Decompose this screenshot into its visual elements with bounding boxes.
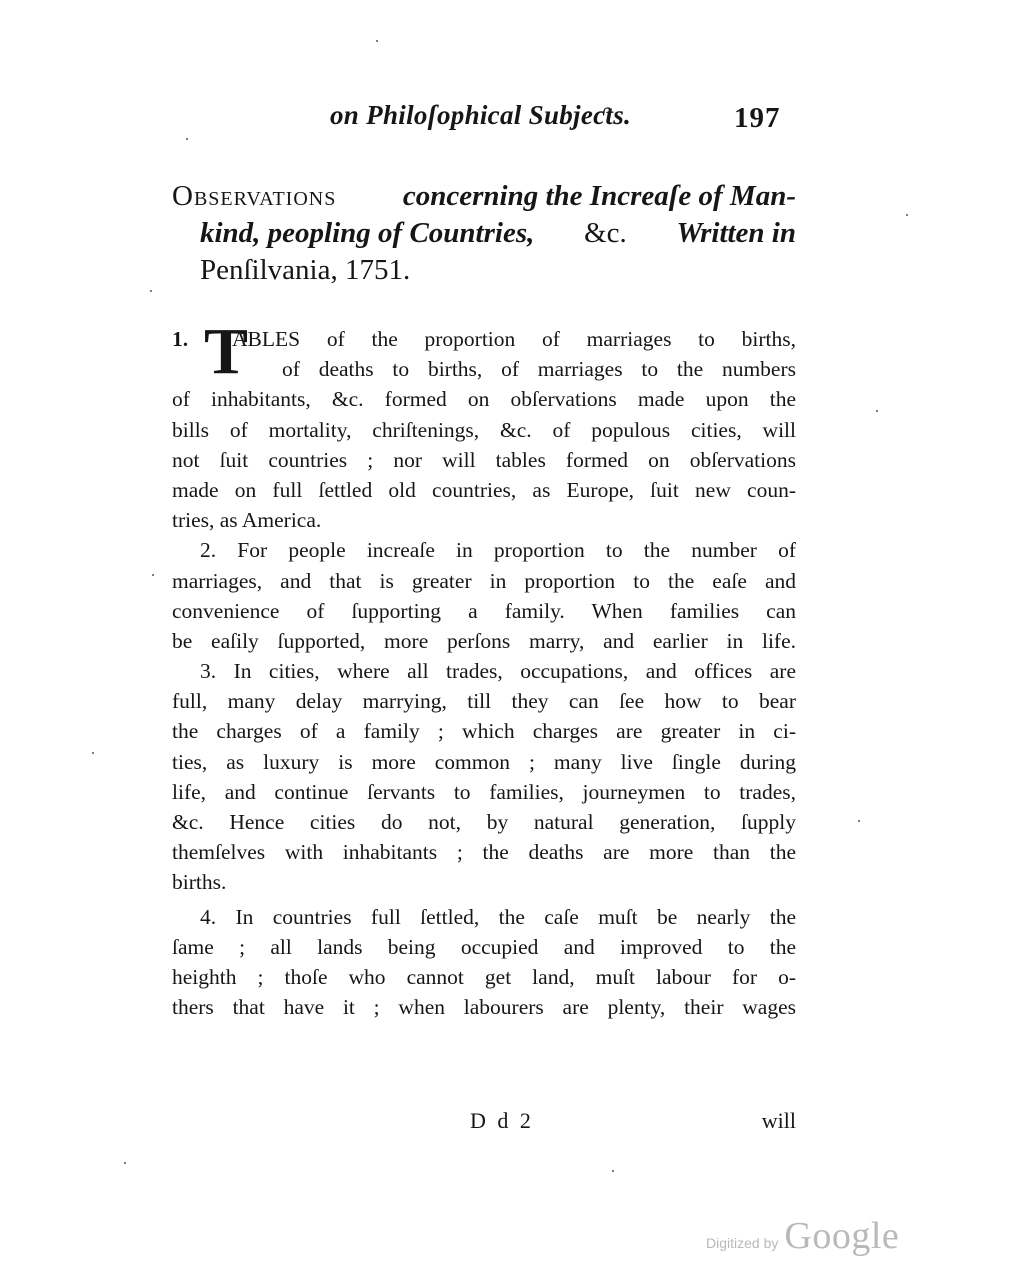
text-line: of inhabitants, &c. formed on obſervatio… — [172, 384, 796, 414]
title-italic-2a: kind, peopling of Countries, — [200, 215, 534, 252]
scan-speck — [876, 410, 878, 412]
text-line: 4. In countries full ſettled, the caſe m… — [172, 902, 796, 932]
text-line: marriages, and that is greater in propor… — [172, 566, 796, 596]
running-head: on Philoſophical Subjeƈts. 197 — [0, 100, 1014, 140]
paragraph-4: 4. In countries full ſettled, the caſe m… — [172, 902, 796, 1023]
book-page: on Philoſophical Subjeƈts. 197 Observati… — [0, 0, 1014, 1282]
scan-speck — [150, 290, 152, 292]
scan-speck — [152, 574, 154, 576]
title-italic-1: concerning the Increaſe of Man- — [403, 178, 796, 215]
text-line: life, and continue ſervants to families,… — [172, 777, 796, 807]
text-line: the charges of a family ; which charges … — [172, 716, 796, 746]
text-line: ABLES of the proportion of marriages to … — [172, 324, 796, 354]
scan-speck — [376, 40, 378, 42]
text-line: 2. For people increaſe in proportion to … — [172, 535, 796, 565]
digitized-watermark: Digitized by Google — [706, 1214, 899, 1258]
watermark-prefix: Digitized by — [706, 1235, 778, 1251]
text-line: themſelves with inhabitants ; the deaths… — [172, 837, 796, 867]
page-number: 197 — [734, 102, 781, 135]
scan-speck — [124, 1162, 126, 1164]
text-line: births. — [172, 867, 796, 897]
scan-speck — [186, 138, 188, 140]
text-line: full, many delay marrying, till they can… — [172, 686, 796, 716]
running-title: on Philoſophical Subjeƈts. — [330, 100, 631, 131]
paragraph-number: 1. — [172, 324, 188, 354]
scan-speck — [858, 820, 860, 822]
text-line: &c. Hence cities do not, by natural gene… — [172, 807, 796, 837]
text-line: not ſuit countries ; nor will tables for… — [172, 445, 796, 475]
text-line: ties, as luxury is more common ; many li… — [172, 747, 796, 777]
title-place-date: Penſilvania, 1751. — [200, 252, 410, 289]
text-line: thers that have it ; when labourers are … — [172, 992, 796, 1022]
scan-speck — [612, 1170, 614, 1172]
paragraph-3: 3. In cities, where all trades, occupati… — [172, 656, 796, 898]
signature-mark: D d 2 — [470, 1108, 534, 1134]
text-line: bills of mortality, chriſtenings, &c. of… — [172, 415, 796, 445]
title-etc: &c. — [584, 215, 627, 252]
paragraph-1: 1. T ABLES of the proportion of marriage… — [172, 324, 796, 535]
text-line: be eaſily ſupported, more perſons marry,… — [172, 626, 796, 656]
scan-speck — [92, 752, 94, 754]
paragraph-2: 2. For people increaſe in proportion to … — [172, 535, 796, 656]
text-line: ſame ; all lands being occupied and impr… — [172, 932, 796, 962]
text-line: tries, as America. — [172, 505, 796, 535]
drop-cap: T — [204, 322, 248, 382]
title-smallcaps: Observations — [172, 178, 336, 215]
text-line: convenience of ſupporting a family. When… — [172, 596, 796, 626]
scan-speck — [906, 214, 908, 216]
essay-title: Observations concerning the Increaſe of … — [172, 178, 796, 289]
text-line: heighth ; thoſe who cannot get land, muſ… — [172, 962, 796, 992]
body-text: 1. T ABLES of the proportion of marriage… — [172, 324, 796, 1022]
text-line: 3. In cities, where all trades, occupati… — [172, 656, 796, 686]
text-line: made on full ſettled old countries, as E… — [172, 475, 796, 505]
page-footer: D d 2 will — [172, 1108, 796, 1138]
catchword: will — [762, 1108, 796, 1134]
title-italic-2b: Written in — [676, 215, 796, 252]
text-line: of deaths to births, of marriages to the… — [172, 354, 796, 384]
google-logo: Google — [784, 1214, 899, 1258]
